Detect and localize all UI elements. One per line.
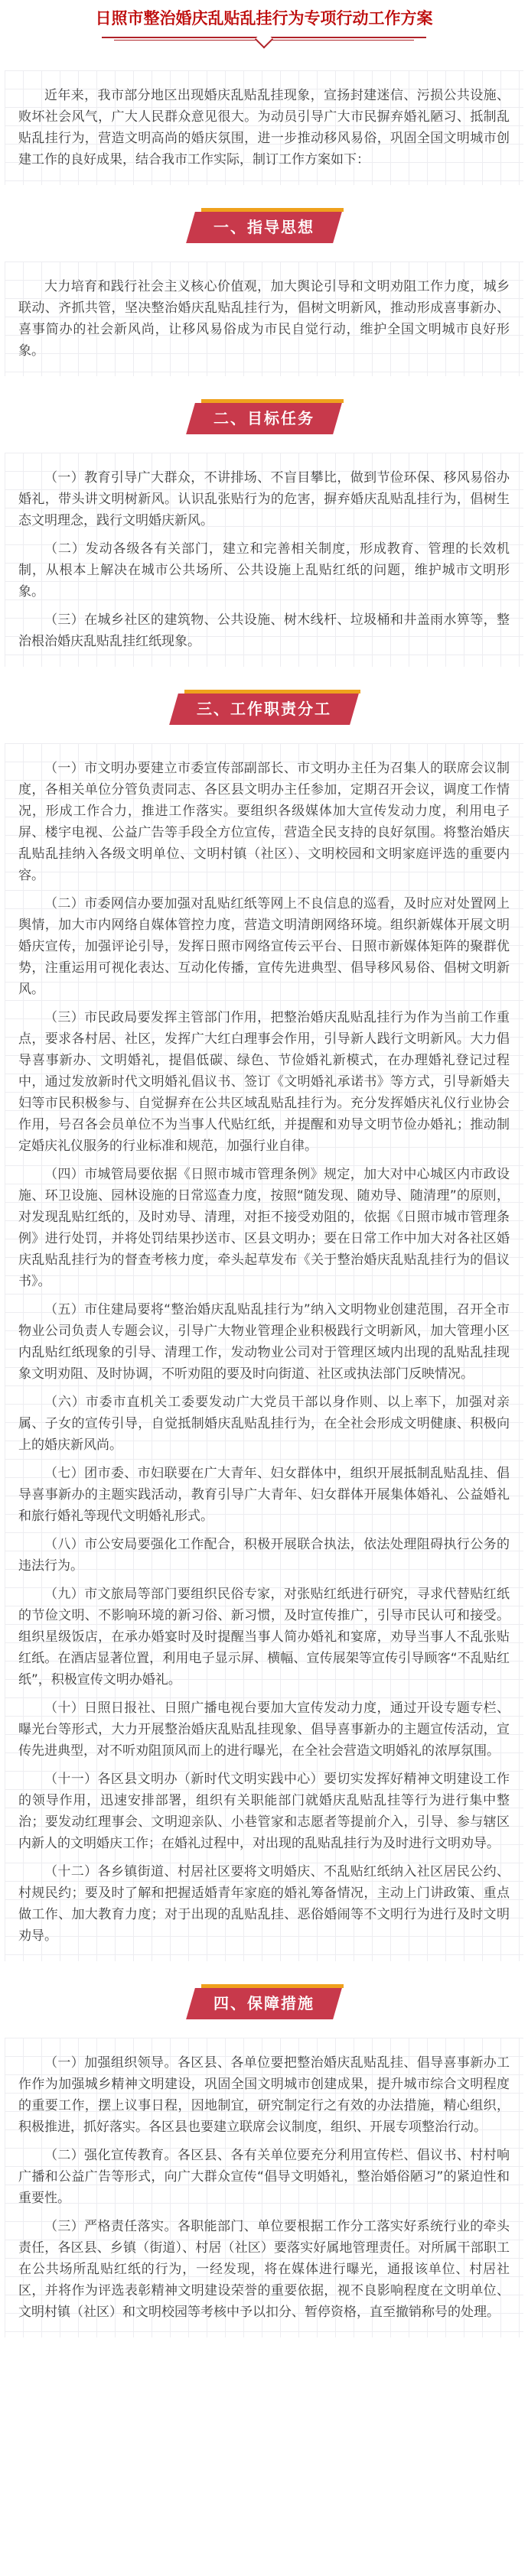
article-document: 日照市整治婚庆乱贴乱挂行为专项行动工作方案 近年来，我市部分地区出现婚庆乱贴乱挂…: [0, 0, 528, 2351]
section-header-row: 二、目标任务: [0, 399, 528, 434]
section-ribbon: 四、保障措施: [191, 1984, 337, 2019]
text-block: （一）加强组织领导。各区县、各单位要把整治婚庆乱贴乱挂、倡导喜事新办工作作为加强…: [5, 2038, 523, 2337]
text-block: 近年来，我市部分地区出现婚庆乱贴乱挂现象，宣扬封建迷信、污损公共设施、败坏社会风…: [5, 70, 523, 185]
section-heading: 一、指导思想: [213, 212, 315, 243]
section-heading: 二、目标任务: [213, 403, 315, 434]
section-header-row: 一、指导思想: [0, 208, 528, 243]
article-body: 近年来，我市部分地区出现婚庆乱贴乱挂现象，宣扬封建迷信、污损公共设施、败坏社会风…: [0, 70, 528, 2337]
text-block: （一）教育引导广大群众，不讲排场、不盲目攀比，做到节俭环保、移风易俗办婚礼，带头…: [5, 453, 523, 667]
page-title: 日照市整治婚庆乱贴乱挂行为专项行动工作方案: [21, 8, 507, 29]
paragraph: （四）市城管局要依据《日照市城市管理条例》规定，加大对中心城区内市政设施、环卫设…: [18, 1164, 510, 1292]
section-header-row: 四、保障措施: [0, 1984, 528, 2019]
paragraph: （二）市委网信办要加强对乱贴红纸等网上不良信息的巡看，及时应对处置网上舆情，加大…: [18, 893, 510, 1000]
paragraph: （九）市文旅局等部门要组织民俗专家，对张贴红纸进行研究，寻求代替贴红纸的节俭文明…: [18, 1584, 510, 1691]
text-block: （一）市文明办要建立市委宣传部副部长、市文明办主任为召集人的联席会议制度，各相关…: [5, 743, 523, 1961]
section-heading: 三、工作职责分工: [197, 694, 331, 725]
paragraph: （十）日照日报社、日照广播电视台要加大宣传发动力度，通过开设专题专栏、曝光台等形…: [18, 1697, 510, 1762]
paragraph: （八）市公安局要强化工作配合，积极开展联合执法，依法处理阻碍执行公务的违法行为。: [18, 1534, 510, 1577]
paragraph: （六）市委市直机关工委要发动广大党员干部以身作则、以上率下，加强对亲属、子女的宣…: [18, 1392, 510, 1456]
section-heading: 四、保障措施: [213, 1988, 315, 2019]
paragraph: （五）市住建局要将“整治婚庆乱贴乱挂行为”纳入文明物业创建范围，召开全市物业公司…: [18, 1299, 510, 1385]
paragraph: （三）市民政局要发挥主管部门作用，把整治婚庆乱贴乱挂行为作为当前工作重点，要求各…: [18, 1007, 510, 1157]
title-underline-decoration: [102, 32, 426, 52]
paragraph: 近年来，我市部分地区出现婚庆乱贴乱挂现象，宣扬封建迷信、污损公共设施、败坏社会风…: [18, 85, 510, 171]
paragraph: （一）教育引导广大群众，不讲排场、不盲目攀比，做到节俭环保、移风易俗办婚礼，带头…: [18, 467, 510, 531]
section-ribbon: 三、工作职责分工: [174, 690, 354, 725]
paragraph: （一）市文明办要建立市委宣传部副部长、市文明办主任为召集人的联席会议制度，各相关…: [18, 758, 510, 886]
paragraph: （二）发动各级各有关部门，建立和完善相关制度，形成教育、管理的长效机制，从根本上…: [18, 538, 510, 603]
paragraph: （三）在城乡社区的建筑物、公共设施、树木线杆、垃圾桶和井盖雨水箅等，整治根治婚庆…: [18, 609, 510, 652]
bottom-spacer: [0, 2337, 528, 2351]
paragraph: （十一）各区县文明办（新时代文明实践中心）要切实发挥好精神文明建设工作的领导作用…: [18, 1769, 510, 1854]
paragraph: （一）加强组织领导。各区县、各单位要把整治婚庆乱贴乱挂、倡导喜事新办工作作为加强…: [18, 2052, 510, 2138]
paragraph: 大力培育和践行社会主义核心价值观，加大舆论引导和文明劝阻工作力度，城乡联动、齐抓…: [18, 276, 510, 362]
chevron-down-icon: [255, 30, 273, 48]
section-ribbon: 二、目标任务: [191, 399, 337, 434]
paragraph: （十二）各乡镇街道、村居社区要将文明婚庆、不乱贴红纸纳入社区居民公约、村规民约；…: [18, 1861, 510, 1947]
text-block: 大力培育和践行社会主义核心价值观，加大舆论引导和文明劝阻工作力度，城乡联动、齐抓…: [5, 261, 523, 376]
paragraph: （二）强化宣传教育。各区县、各有关单位要充分利用宣传栏、倡议书、村村响广播和公益…: [18, 2145, 510, 2209]
section-header-row: 三、工作职责分工: [0, 690, 528, 725]
paragraph: （七）团市委、市妇联要在广大青年、妇女群体中，组织开展抵制乱贴乱挂、倡导喜事新办…: [18, 1463, 510, 1527]
paragraph: （三）严格责任落实。各职能部门、单位要根据工作分工落实好系统行业的牵头责任，各区…: [18, 2216, 510, 2323]
section-ribbon: 一、指导思想: [191, 208, 337, 243]
